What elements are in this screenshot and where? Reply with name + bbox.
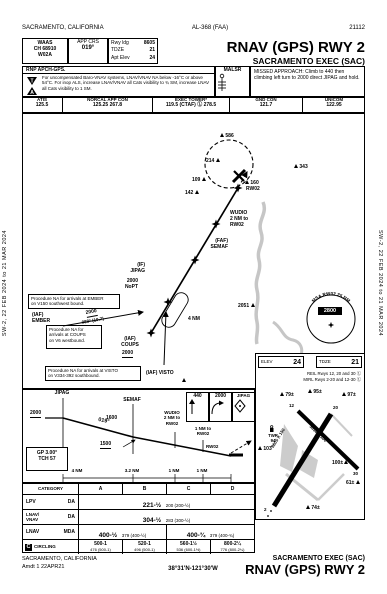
sketch-obstacle-97: 97± (342, 392, 356, 398)
footer-title: RNAV (GPS) RWY 2 (165, 562, 365, 577)
footer-amendment: Amdt 1 22APR21 (22, 564, 65, 571)
obstacle-icon (245, 180, 249, 184)
profile-one-nm-label: 1 NM to RW02 (188, 426, 218, 437)
header-chart-ref: AL-368 (FAA) (192, 25, 228, 33)
holding-fix-diamond-icon (233, 398, 254, 414)
lnav-cd-minimums: 400-¾ (187, 532, 205, 539)
sketch-obstacle-95: 95± (308, 389, 322, 395)
waas-channel-box: WAAS CH 68910 W02A (22, 38, 68, 64)
obstacle-icon (258, 446, 262, 450)
runway-end-2: 2 (264, 507, 267, 512)
visto-leg-altitude: 2000 NoPT (108, 278, 138, 290)
category-b: B (123, 484, 167, 494)
sketch-obstacle-74: 74± (306, 505, 320, 511)
obstacle-icon (216, 158, 220, 162)
sketch-obstacle-103: 103 (258, 446, 272, 452)
lnav-ab-minimums: 400-½ (99, 532, 117, 539)
msa-arc-label: MSA RW02 25 NM (311, 291, 351, 303)
coups-altitude: 2000 (122, 350, 133, 358)
appcon-freq: 125.25 267.8 (63, 102, 152, 108)
airport-sketch: ELEV 24 TDZE 21 REIL Rwys 12, 20 and 30 … (255, 353, 365, 520)
distance-2: 3.2 NM (114, 468, 150, 473)
svg-text:MSA RW02 25 NM: MSA RW02 25 NM (311, 291, 351, 303)
fix-ember-label: (IAF) EMBER (32, 312, 50, 324)
apt-elev-value: 24 (149, 55, 155, 62)
obstacle-icon (195, 190, 199, 194)
sketch-obstacle-61: 61± (346, 480, 360, 486)
takeoff-alternate-minimums-icon: T A (26, 76, 38, 96)
category-a: A (79, 484, 123, 494)
app-crs-value: 019° (69, 45, 107, 53)
obstacle-icon (220, 133, 224, 137)
missed-climb-line (231, 441, 251, 453)
ground-freq: 121.7 (230, 102, 302, 108)
climb-arrow-icon (187, 399, 208, 415)
tdze-value: 21 (149, 47, 155, 54)
river-branch-shape (273, 322, 302, 355)
obstacle-icon (342, 392, 346, 396)
rwy-ldg-value: 8605 (144, 40, 155, 47)
circling-label: CIRCLING (34, 544, 56, 549)
circling-b-detail: 496 (500-1) (123, 547, 166, 552)
unicom-freq: 122.95 (303, 102, 365, 108)
apt-elev-row: Apt Elev24 (111, 55, 155, 62)
circling-d-detail: 776 (800-2¼) (211, 547, 254, 552)
obstacle-icon (308, 389, 312, 393)
lnav-vnav-minimums: 304-½ (143, 517, 161, 524)
sketch-obstacle-79: 79± (280, 392, 294, 398)
airport-name: SACRAMENTO EXEC (SAC) (165, 56, 365, 66)
lpv-label: LPV (26, 499, 36, 505)
fix-visto-label: (IAF) VISTO (146, 370, 174, 376)
fix-coups-label: (IAF) COUPS (112, 336, 148, 348)
circling-a-detail: 476 (500-1) (79, 547, 122, 552)
header-city-state: SACRAMENTO, CALIFORNIA (22, 25, 104, 33)
lpv-minimums: 221-½ (143, 502, 161, 509)
hold-leg-length: 4 NM (188, 316, 200, 322)
msa-altitude: 2800 (318, 307, 342, 315)
lpv-detail: 200 (200-½) (166, 503, 191, 508)
distance-3: 1 NM (160, 468, 188, 473)
runway-symbol (229, 454, 243, 457)
obstacle-214: 214 (206, 158, 220, 164)
profile-wudio-label: WUDIO 2 NM to RW02 (158, 410, 186, 426)
note-visto: Procedure NA for arrivals at VISTO on V3… (45, 366, 141, 381)
fix-semaf-label: (FAF) SEMAF (196, 238, 228, 250)
profile-rw02-label: RW02 (206, 444, 218, 449)
obstacle-icon (356, 480, 360, 484)
profile-semaf-label: SEMAF (116, 397, 148, 403)
lnav-ab-detail: 379 (400-½) (122, 533, 147, 538)
profile-jipag-label: JIPAG (46, 390, 78, 396)
obstacle-586: 586 (220, 133, 234, 139)
tower-icon (270, 428, 274, 432)
tdze-row: TDZE21 (111, 47, 155, 54)
footer-city-state: SACRAMENTO, CALIFORNIA (22, 556, 97, 563)
note-coups: Procedure NA for arrivals at COUPS on V6… (46, 325, 102, 349)
obstacle-icon (251, 303, 255, 307)
obstacle-142: 142 (185, 190, 199, 196)
obstacle-icon (306, 505, 310, 509)
missed-approach-text: MISSED APPROACH: Climb to 440 then climb… (250, 66, 365, 97)
effective-dates-left: SW-2, 22 FEB 2024 to 21 MAR 2024 (2, 230, 8, 336)
profile-jipag-altitude: 2000 (30, 410, 41, 418)
tower-freq: 119.5 (CTAF) Ⓛ 278.5 (153, 102, 229, 108)
distance-4: 1 NM (188, 468, 216, 473)
profile-faf-min-altitude: 1500 (100, 441, 111, 449)
minimums-table: CATEGORY A B C D LPV DA 221-½ 200 (200-½… (22, 483, 255, 553)
expanded-circling-icon: C (25, 544, 32, 551)
category-c: C (167, 484, 211, 494)
obstacle-icon (344, 460, 348, 464)
obstacle-icon (202, 177, 206, 181)
fix-wudio-label: WUDIO 2 NM to RW02 (230, 210, 248, 228)
rwy-ldg-row: Rwy ldg8605 (111, 40, 155, 47)
iaf-triangle-icon (182, 369, 186, 387)
river-shape (256, 202, 264, 344)
waypoint-icons (147, 184, 335, 338)
runway-end-12: 12 (289, 403, 294, 408)
malsr-icon (216, 73, 249, 92)
obstacle-icon (280, 392, 284, 396)
atis-freq: 125.5 (22, 102, 62, 108)
runway-end-20: 20 (333, 405, 338, 410)
fix-rw02-label: RW02 (246, 186, 260, 192)
sketch-obstacle-100: 100± (332, 460, 348, 466)
profile-gs-intercept: 1600 (106, 415, 117, 421)
obstacle-343: 343 (294, 164, 308, 170)
distance-1: 4 NM (57, 468, 97, 473)
visto-feeder-arrow (164, 312, 166, 365)
lnav-vnav-type: DA (68, 514, 75, 520)
lnav-type: MDA (64, 529, 75, 535)
lpv-type: DA (68, 499, 75, 505)
category-header: CATEGORY (23, 484, 79, 494)
obstacle-icon (294, 164, 298, 168)
fix-jipag-label: (IF) JIPAG (115, 262, 145, 274)
svg-text:T: T (30, 79, 33, 85)
svg-text:A: A (30, 90, 34, 96)
descent-path (63, 418, 231, 456)
effective-dates-right: SW-2, 22 FEB 2024 to 21 MAR 2024 (377, 230, 383, 336)
runway-end-30: 30 (353, 471, 358, 476)
footer-airport: SACRAMENTO EXEC (SAC) (165, 555, 365, 562)
approach-plate: SW-2, 22 FEB 2024 to 21 MAR 2024 SW-2, 2… (0, 0, 387, 594)
lnav-vnav-detail: 283 (300-½) (166, 518, 191, 523)
note-ember: Procedure NA for arrivals at EMBER on V1… (28, 294, 120, 309)
header-procedure-id: 21112 (325, 25, 365, 33)
briefing-notes: For uncompensated Baro-VNAV systems, LNA… (42, 75, 212, 95)
lnav-label: LNAV (26, 529, 39, 535)
climbing-turn-arrow-icon (210, 399, 231, 415)
procedure-title: RNAV (GPS) RWY 2 (165, 39, 365, 56)
tower-label: TWR 94 (264, 433, 282, 443)
lnav-vnav-label: LNAV/ VNAV (26, 512, 39, 523)
obstacle-2051: 2051 (238, 303, 255, 309)
circling-c-detail: 536 (600-1½) (167, 547, 210, 552)
obstacle-109: 109 (192, 177, 206, 183)
category-d: D (211, 484, 254, 494)
lnav-cd-detail: 379 (400-¾) (210, 533, 235, 538)
